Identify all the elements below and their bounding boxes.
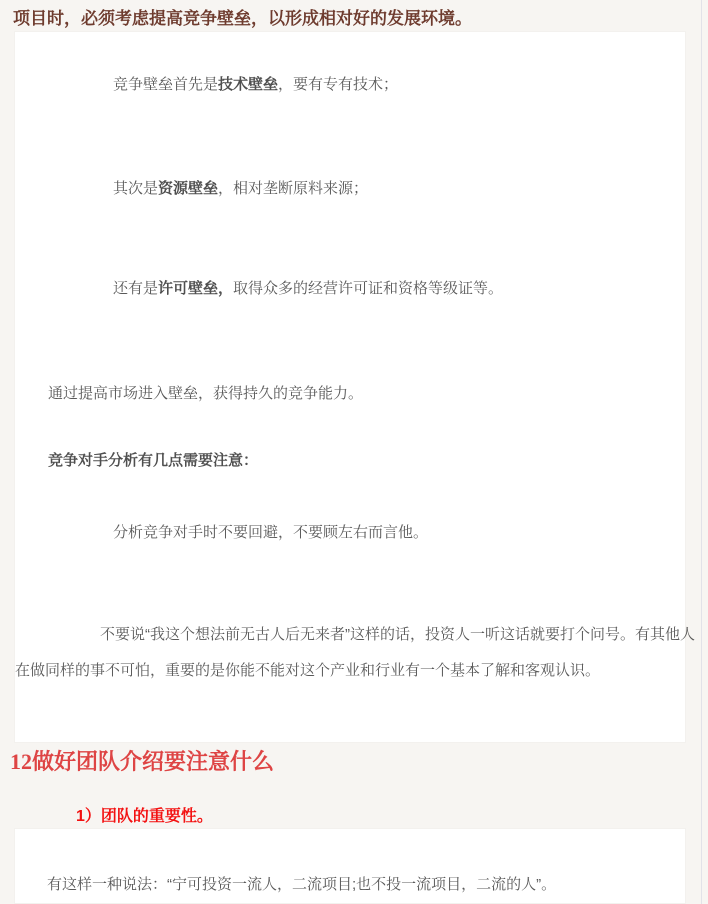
barrier-item-bold: 技术壁垒 (218, 76, 278, 93)
barrier-item-pre: 竞争壁垒首先是 (113, 76, 218, 93)
barrier-item-license: 还有是许可壁垒，取得众多的经营许可证和资格等级证等。 (113, 281, 503, 296)
barrier-item-post: ，相对垄断原料来源； (218, 180, 368, 197)
barrier-item-resource: 其次是资源壁垒，相对垄断原料来源； (113, 181, 368, 196)
barrier-item-pre: 其次是 (113, 180, 158, 197)
scrollbar-track[interactable] (701, 0, 702, 904)
document-page: 项目时，必须考虑提高竞争壁垒，以形成相对好的发展环境。 竞争壁垒首先是技术壁垒，… (0, 0, 708, 904)
barrier-item-post: 取得众多的经营许可证和资格等级证等。 (233, 280, 503, 297)
competitor-note-heading: 竞争对手分析有几点需要注意： (48, 453, 258, 468)
barriers-summary: 通过提高市场进入壁垒，获得持久的竞争能力。 (48, 386, 363, 401)
competitor-note-paragraph: 不要说“我这个想法前无古人后无来者”这样的话，投资人一听这话就要打个问号。有其他… (15, 617, 701, 689)
team-importance-subheading: 1）团队的重要性。 (76, 809, 213, 825)
barrier-item-technology: 竞争壁垒首先是技术壁垒，要有专有技术； (113, 77, 398, 92)
barrier-item-bold: 许可壁垒， (158, 280, 233, 297)
barrier-item-post: ，要有专有技术； (278, 76, 398, 93)
team-section-paragraph: 有这样一种说法：“宁可投资一流人，二流项目;也不投一流项目，二流的人”。 (47, 877, 556, 892)
team-section-heading: 12做好团队介绍要注意什么 (10, 751, 274, 773)
barrier-item-pre: 还有是 (113, 280, 158, 297)
intro-line: 项目时，必须考虑提高竞争壁垒，以形成相对好的发展环境。 (13, 10, 472, 27)
competitor-note-item: 分析竞争对手时不要回避，不要顾左右而言他。 (113, 525, 428, 540)
barrier-item-bold: 资源壁垒 (158, 180, 218, 197)
